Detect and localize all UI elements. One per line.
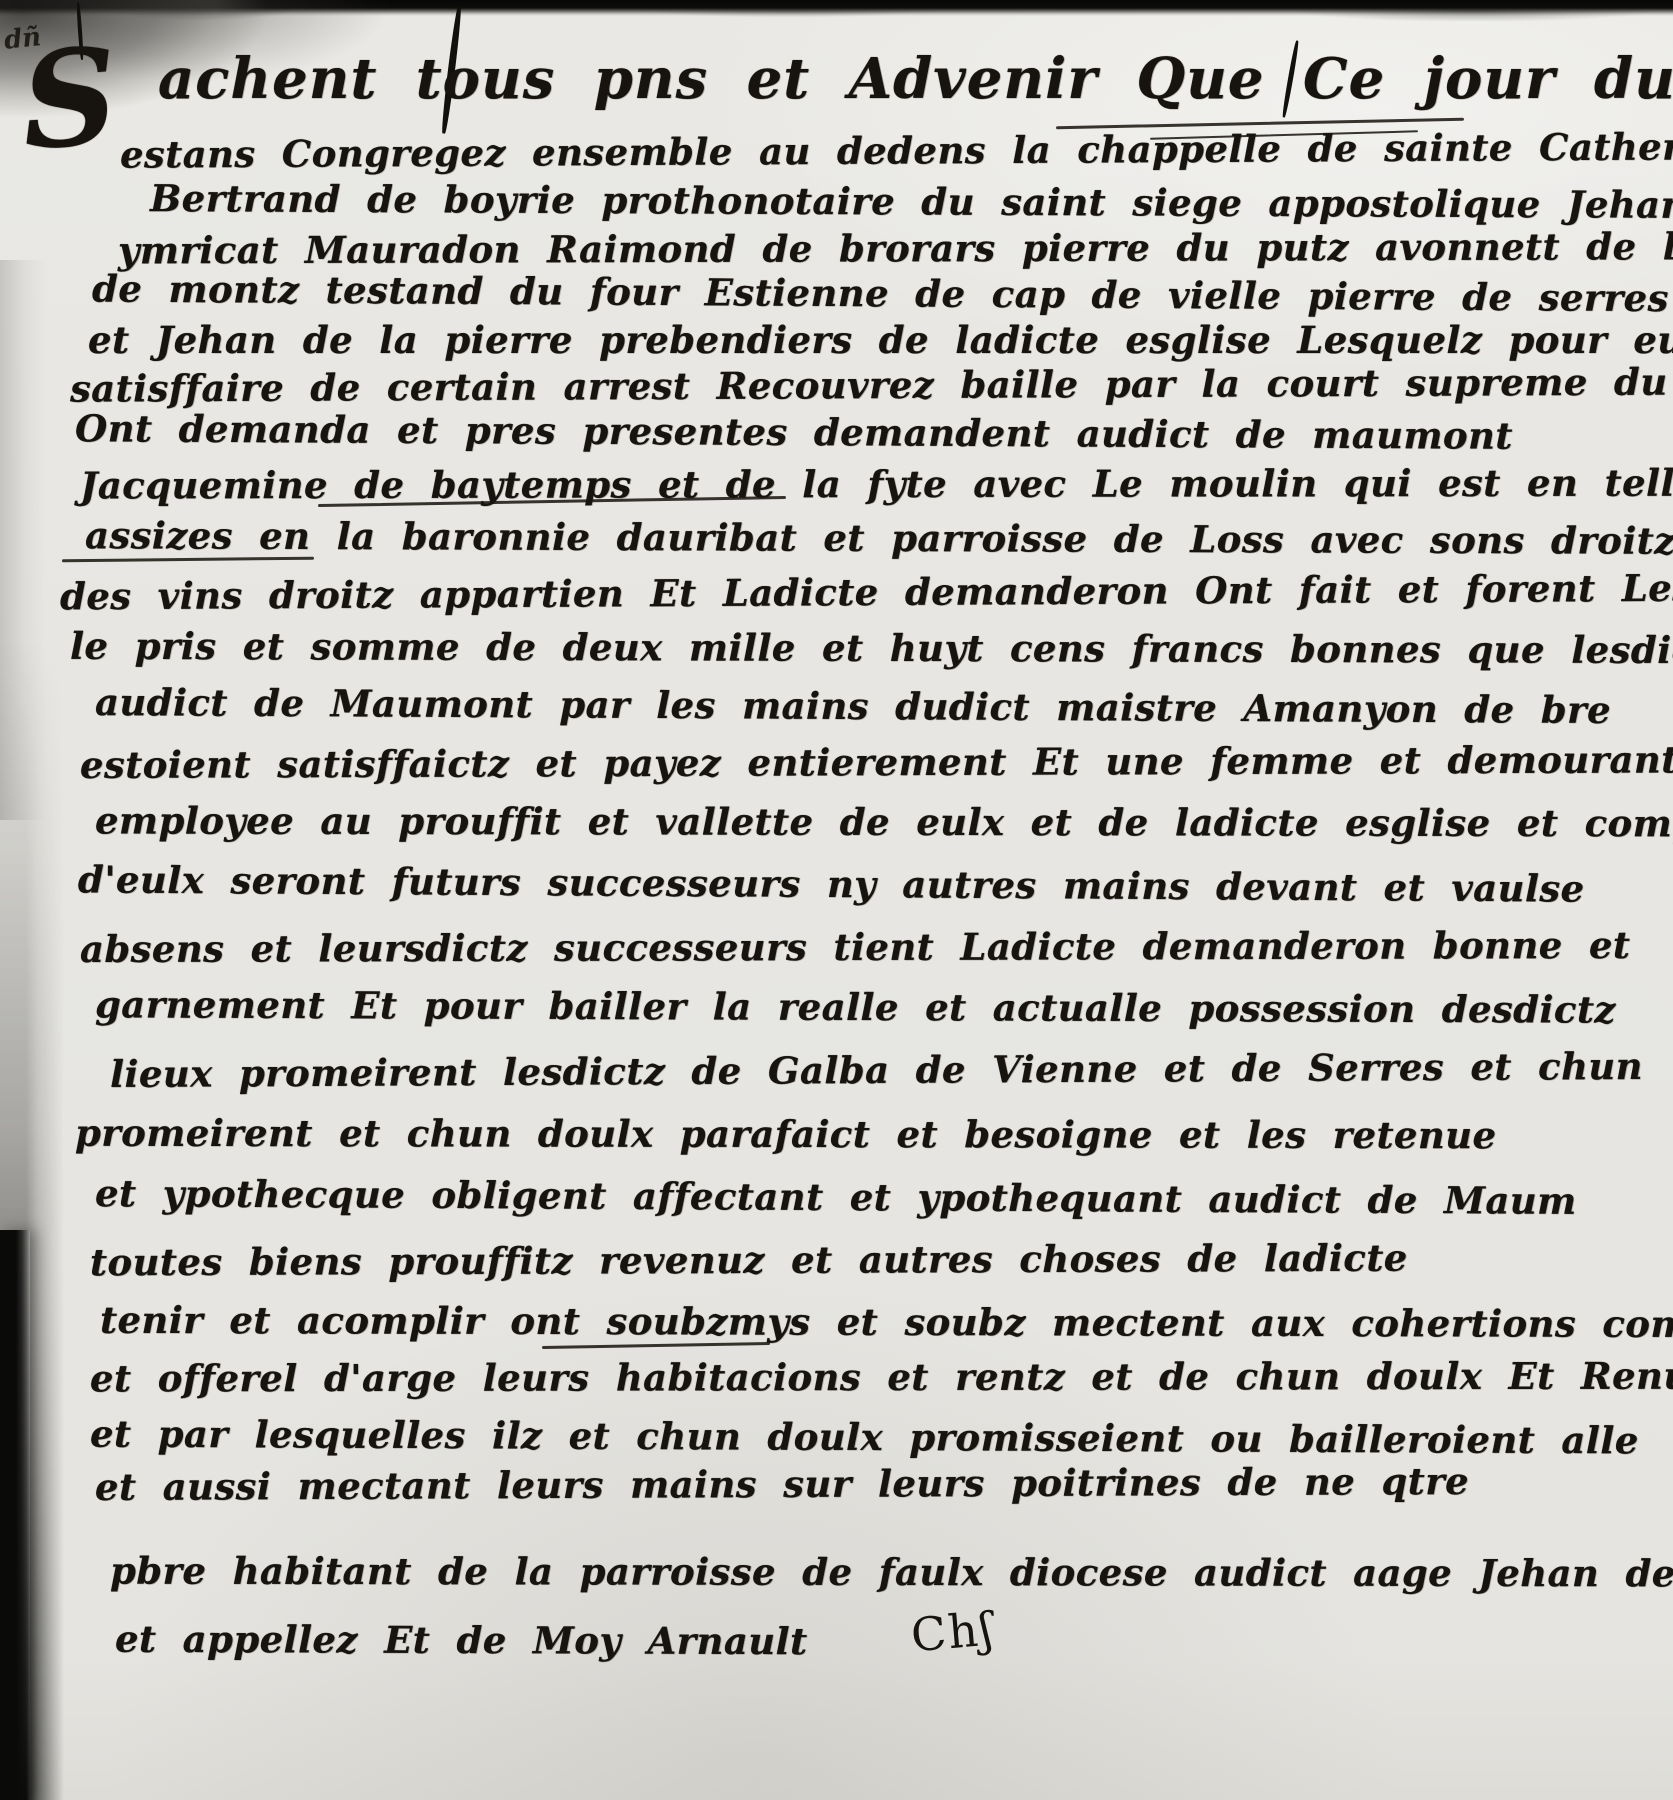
manuscript-line: et appellez Et de Moy Arnault [115, 1617, 808, 1664]
manuscript-line: des vins droitz appartien Et Ladicte dem… [60, 566, 1673, 619]
manuscript-line: pbre habitant de la parroisse de faulx d… [110, 1549, 1673, 1596]
manuscript-line: estans Congregez ensemble au dedens la c… [120, 123, 1673, 177]
manuscript-line: le pris et somme de deux mille et huyt c… [70, 624, 1673, 673]
manuscript-line: et aussi mectant leurs mains sur leurs p… [95, 1459, 1469, 1509]
manuscript-line: assizes en la baronnie dauribat et parro… [85, 513, 1673, 563]
document-scan: dñ S achent tous pns et Advenir Que Ce j… [0, 0, 1673, 1800]
manuscript-line: estoient satisffaictz et payez entiereme… [80, 737, 1673, 787]
manuscript-line: et Jehan de la pierre prebendiers de lad… [88, 318, 1673, 362]
manuscript-line: satisffaire de certain arrest Recouvrez … [70, 359, 1673, 411]
manuscript-line: Jacquemine de baytemps et de la fyte ave… [80, 461, 1673, 508]
manuscript-line: employee au prouffit et vallette de eulx… [95, 799, 1673, 846]
manuscript-line: toutes biens prouffitz revenuz et autres… [90, 1236, 1408, 1285]
manuscript-line: Bertrand de boyrie prothonotaire du sain… [150, 176, 1673, 228]
notary-paraph: Chʃ [883, 1601, 997, 1664]
initial-capital: S [18, 31, 122, 169]
manuscript-line: de montz testand du four Estienne de cap… [92, 267, 1673, 322]
manuscript-line: promeirent et chun doulx parafaict et be… [75, 1111, 1497, 1158]
manuscript-line: garnement Et pour bailler la realle et a… [95, 982, 1616, 1032]
scan-left-edge-core [0, 1230, 30, 1800]
opening-line: achent tous pns et Advenir Que Ce jour d… [158, 46, 1673, 112]
manuscript-line: absens et leursdictz successeurs tient L… [80, 923, 1630, 971]
manuscript-line: audict de Maumont par les mains dudict m… [95, 680, 1611, 732]
manuscript-line: tenir et acomplir ont soubzmys et soubz … [100, 1298, 1673, 1347]
manuscript-line: et ypothecque obligent affectant et ypot… [95, 1171, 1577, 1223]
manuscript-line: et par lesquelles ilz et chun doulx prom… [90, 1412, 1639, 1463]
manuscript-line: lieux promeirent lesdictz de Galba de Vi… [110, 1044, 1643, 1096]
manuscript-line: ymricat Mauradon Raimond de brorars pier… [118, 224, 1673, 273]
manuscript-line: d'eulx seront futurs successeurs ny autr… [78, 857, 1585, 911]
manuscript-line: Ont demanda et pres presentes demandent … [75, 406, 1513, 458]
manuscript-line: et offerel d'arge leurs habitacions et r… [90, 1354, 1673, 1401]
